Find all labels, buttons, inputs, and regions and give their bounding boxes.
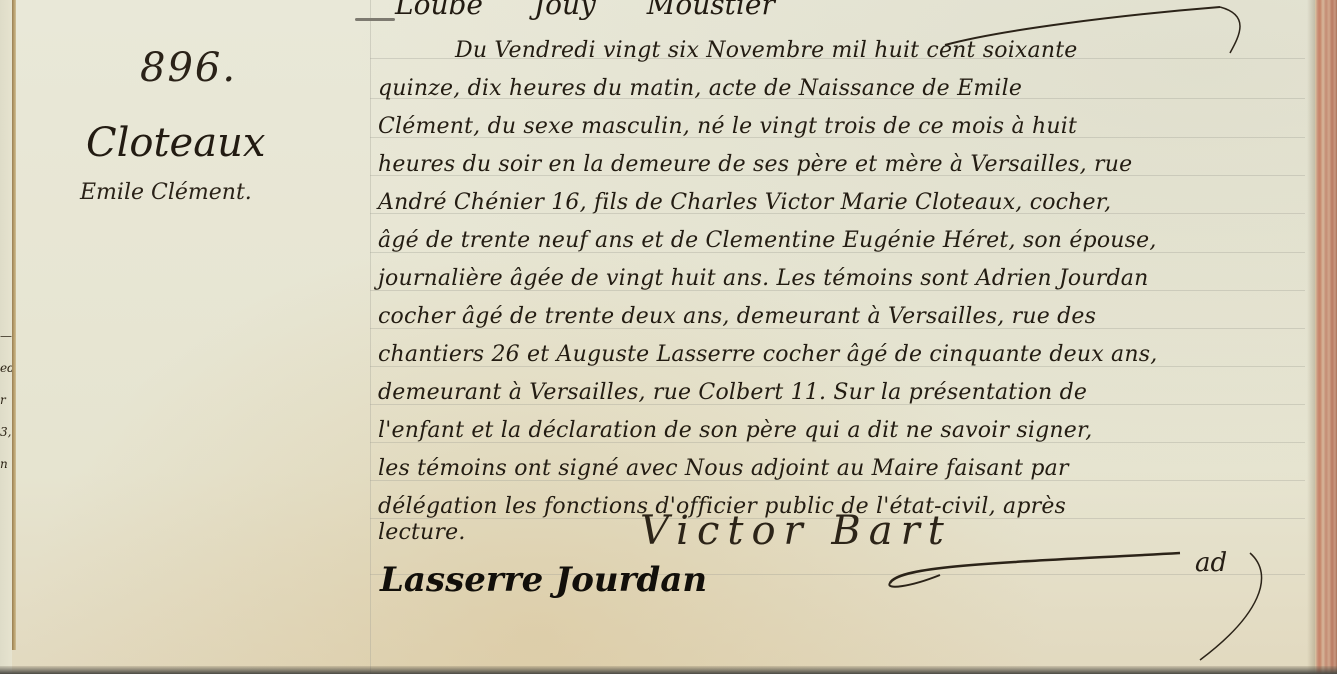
fragment: — [0, 320, 12, 352]
fragment: r [0, 384, 12, 416]
act-line: André Chénier 16, fils de Charles Victor… [378, 190, 1111, 215]
signature-witnesses: Lasserre Jourdan [380, 560, 707, 600]
signature-witness-2: Jourdan [555, 560, 707, 600]
register-page: — ed r 3, n 896. Cloteaux Emile Clément.… [0, 0, 1337, 674]
act-line: cocher âgé de trente deux ans, demeurant… [378, 304, 1096, 329]
header-name: Moustier [647, 0, 775, 21]
act-line: lecture. [378, 520, 466, 545]
header-name: Loubé [395, 0, 483, 21]
act-line: âgé de trente neuf ans et de Clementine … [378, 228, 1157, 253]
fragment: ed [0, 352, 12, 384]
book-binding-edge [1315, 0, 1337, 674]
act-line: demeurant à Versailles, rue Colbert 11. … [378, 380, 1087, 405]
fragment: n [0, 448, 12, 480]
fragment: 3, [0, 416, 12, 448]
gutter-fold [12, 0, 16, 650]
act-line: Du Vendredi vingt six Novembre mil huit … [455, 38, 1078, 63]
signature-suffix: ad [1195, 548, 1227, 578]
act-line: quinze, dix heures du matin, acte de Nai… [378, 76, 1022, 101]
act-line: Clément, du sexe masculin, né le vingt t… [378, 114, 1077, 139]
act-line: journalière âgée de vingt huit ans. Les … [378, 266, 1148, 291]
entry-number: 896. [140, 45, 237, 91]
bottom-edge [0, 666, 1337, 674]
act-line: les témoins ont signé avec Nous adjoint … [378, 456, 1069, 481]
act-line: l'enfant et la déclaration de son père q… [378, 418, 1093, 443]
entry-surname: Cloteaux [86, 120, 265, 166]
dash-mark [355, 18, 395, 21]
act-line: heures du soir en la demeure de ses père… [378, 152, 1132, 177]
margin-rule [370, 0, 371, 674]
signature-witness-1: Lasserre [380, 560, 543, 600]
binding-shadow [1307, 0, 1315, 674]
header-name: Jouy [534, 0, 596, 21]
header-names: Loubé Jouy Moustier [395, 0, 817, 21]
entry-given-names: Emile Clément. [80, 180, 252, 205]
act-line: chantiers 26 et Auguste Lasserre cocher … [378, 342, 1157, 367]
previous-page-fragments: — ed r 3, n [0, 320, 12, 580]
